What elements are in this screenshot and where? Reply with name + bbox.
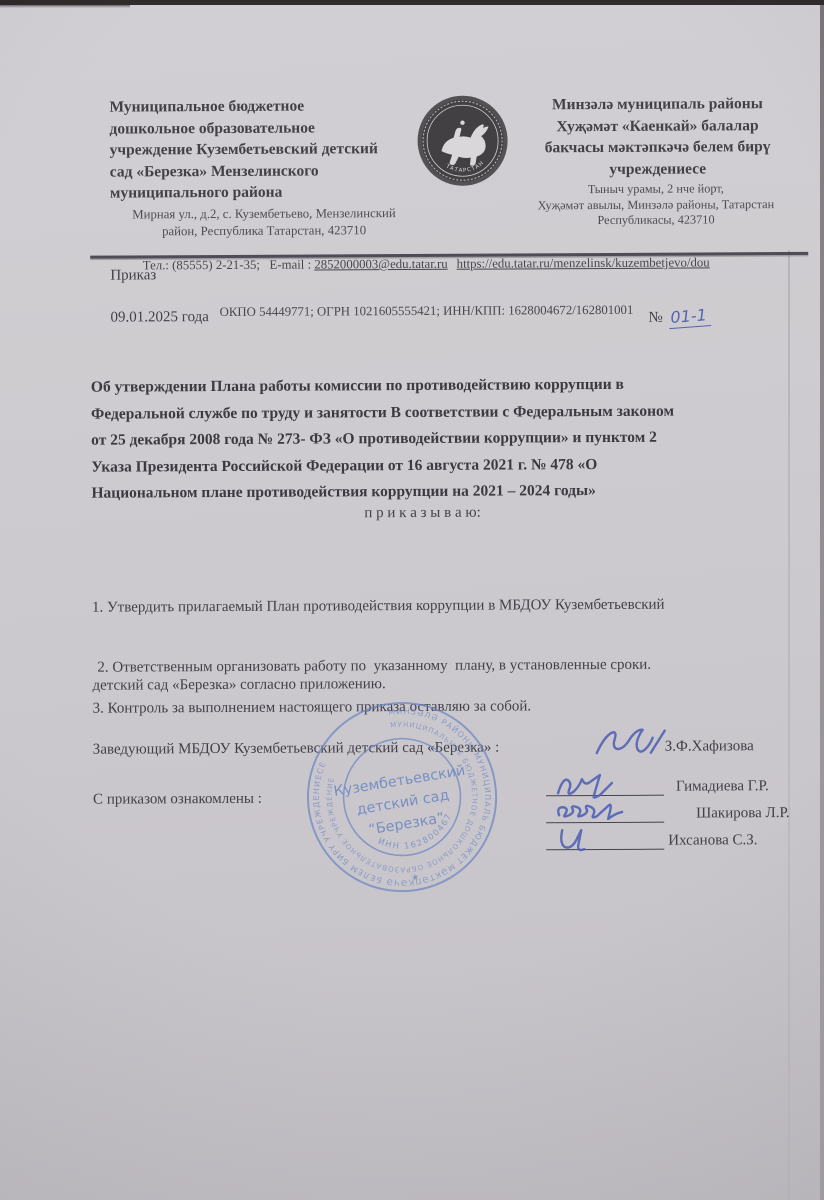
tatarstan-emblem-icon: ТАТАРСТАН: [414, 92, 511, 189]
org-address-tat-line: Тыныч урамы, 2 нче йорт,: [494, 181, 818, 198]
document-title: Об утверждении Плана работы комиссии по …: [91, 371, 772, 507]
document-number: №01-1: [648, 306, 711, 327]
phone-email-label: Тел.: (85555) 2-21-35; E-mail :: [143, 258, 315, 273]
title-line: Указа Президента Российской Федерации от…: [91, 451, 771, 481]
org-address-tat: Тыныч урамы, 2 нче йорт, Хуҗәмәт авылы, …: [494, 181, 818, 229]
number-sign: №: [648, 310, 662, 326]
letterhead-org-name-tat: Минзәлә муниципаль районы Хуҗәмәт «Каенк…: [499, 93, 815, 181]
acknowledged-list: Гимадиева Г.Р. Шакирова Л.Р. Ихсанова С.…: [546, 776, 816, 858]
org-name-ru-line: муниципального района: [110, 181, 430, 204]
date-number-row: 09.01.2025 года №01-1: [110, 306, 770, 326]
contact-line: Тел.: (85555) 2-21-35; E-mail : 28520000…: [56, 255, 796, 274]
scanned-document-photo: Муниципальное бюджетное дошкольное образ…: [0, 0, 824, 1200]
org-name-tat-line: Минзәлә муниципаль районы: [499, 93, 815, 116]
stamp-star: ★: [410, 872, 420, 883]
title-line: Об утверждении Плана работы комиссии по …: [91, 371, 771, 401]
title-line: от 25 декабря 2008 года № 273- ФЗ «О про…: [91, 424, 771, 454]
org-name-tat-line: бакчасы мәктәпкәчә белем бирү: [500, 136, 816, 159]
acknowledged-label: С приказом ознакомлены :: [93, 791, 262, 809]
org-name-tat-line: Хуҗәмәт «Каенкай» балалар: [499, 114, 815, 137]
signature-ink: [554, 773, 644, 799]
org-name-tat-line: учреждениесе: [500, 157, 816, 180]
decree-word: п р и к а з ы в а ю:: [92, 503, 754, 523]
acknowledged-row: Ихсанова С.З.: [546, 830, 816, 858]
document-date: 09.01.2025 года: [110, 309, 208, 326]
title-line: Федеральной службе по труду и занятости …: [91, 398, 771, 428]
org-name-ru-line: Муниципальное бюджетное: [109, 95, 429, 118]
org-address-ru-line: Мирная ул., д.2, с. Кузембетьево, Мензел…: [96, 205, 432, 223]
document-kind: Приказ: [110, 267, 156, 284]
letterhead-org-name-ru: Муниципальное бюджетное дошкольное образ…: [109, 95, 430, 204]
org-address-tat-line: Хуҗәмәт авылы, Минзәлә районы, Татарстан: [494, 196, 818, 213]
acknowledged-name: Гимадиева Г.Р.: [676, 778, 769, 795]
letterhead-contacts: Тел.: (85555) 2-21-35; E-mail : 28520000…: [56, 224, 797, 352]
email-link: 2852000003@edu.tatar.ru: [314, 257, 447, 272]
acknowledged-name: Шакирова Л.Р.: [696, 805, 790, 822]
acknowledged-name: Ихсанова С.З.: [668, 832, 757, 849]
signature-ink: [554, 827, 644, 853]
org-name-ru-line: дошкольное образовательное: [109, 116, 429, 139]
handwritten-number: 01-1: [668, 305, 712, 329]
org-name-ru-line: сад «Березка» Мензелинского: [110, 159, 430, 182]
org-name-ru-line: учреждение Кузембетьевский детский: [110, 138, 430, 161]
organization-round-stamp: МИНЗӘЛӘ РАЙОНЫ МУНИЦИПАЛЬ БЮДЖЕТ МӘКТӘПК…: [288, 683, 515, 910]
head-name: З.Ф.Хафизова: [665, 738, 754, 755]
signature-ink: [554, 800, 644, 826]
website-link: https://edu.tatar.ru/menzelinsk/kuzembet…: [457, 255, 710, 270]
